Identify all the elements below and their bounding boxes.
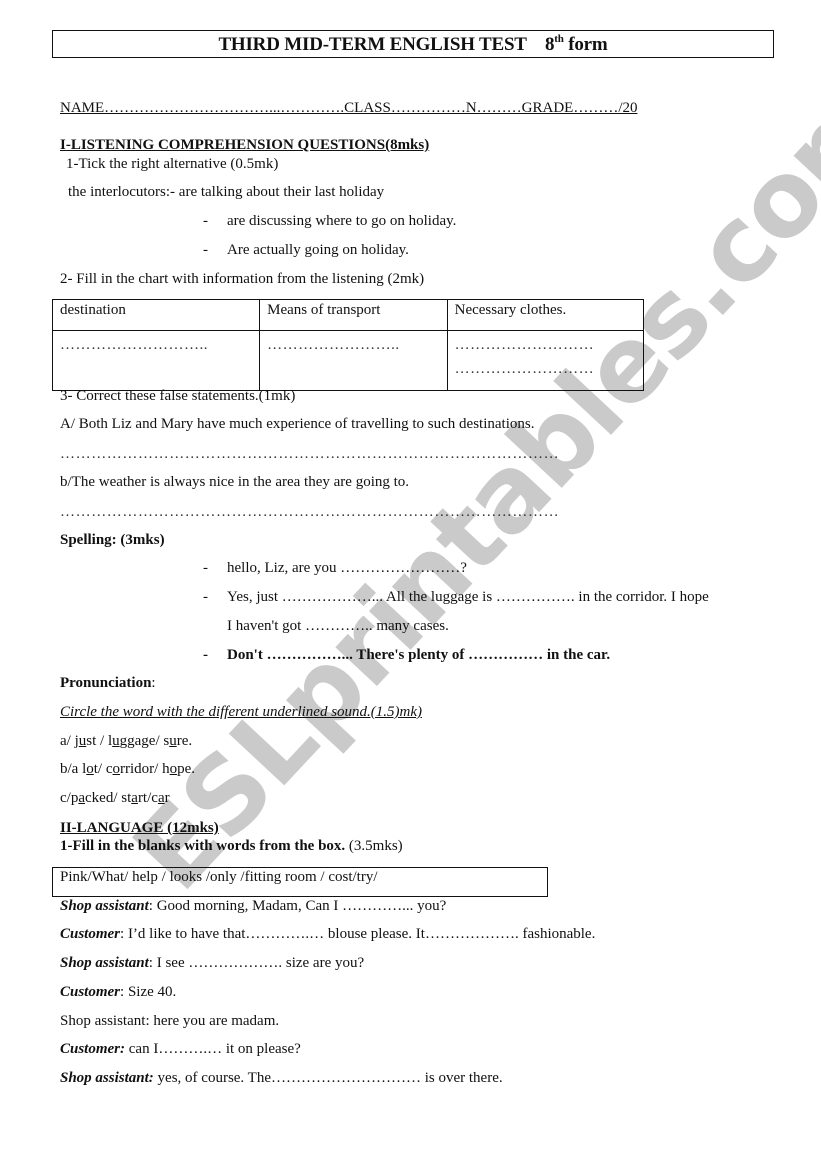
spelling-line-1: hello, Liz, are you ……………………?	[227, 561, 467, 576]
dialogue-text: I see ………………. size are you?	[157, 955, 364, 971]
dialogue-line: Shop assistant: Good morning, Madam, Can…	[60, 899, 446, 914]
spelling-line-4: Don't ……………... There's plenty of …………… i…	[227, 648, 610, 663]
q1-dash-2: -	[203, 243, 208, 258]
q3-answer-line-a[interactable]: ……………………………………………………………………………………	[60, 447, 559, 462]
dialogue-line: Customer: can I……….… it on please?	[60, 1042, 301, 1057]
pronunciation-word[interactable]: luggage	[108, 733, 156, 749]
dialogue-line: Customer: I’d like to have that………….… bl…	[60, 927, 595, 942]
pronunciation-word[interactable]: lot	[82, 761, 98, 777]
q1-option-2: Are actually going on holiday.	[227, 243, 409, 258]
dialogue-speaker: Shop assistant:	[60, 1070, 154, 1086]
page-title: THIRD MID-TERM ENGLISH TEST 8th form	[52, 30, 774, 58]
spelling-heading: Spelling: (3mks)	[60, 533, 165, 548]
spelling-dash-2: -	[203, 590, 208, 605]
q2-instruction: 2- Fill in the chart with information fr…	[60, 272, 424, 287]
dialogue-text: I’d like to have that………….… blouse pleas…	[128, 926, 595, 942]
pronunciation-word[interactable]: car	[151, 790, 169, 806]
pronunciation-item-c: c/packed/ start/car	[60, 791, 170, 806]
dialogue-line: Shop assistant: yes, of course. The………………	[60, 1071, 503, 1086]
dialogue-line: Shop assistant: I see ………………. size are y…	[60, 956, 364, 971]
spelling-line-3: I haven't got ………….. many cases.	[227, 619, 449, 634]
section-heading-listening: I-LISTENING COMPREHENSION QUESTIONS(8mks…	[60, 138, 429, 153]
student-info-line: NAME……………………………...………….CLASS……………N………GRA…	[60, 101, 638, 116]
fill-blanks-instruction: 1-Fill in the blanks with words from the…	[60, 839, 403, 854]
q3-statement-b: b/The weather is always nice in the area…	[60, 475, 409, 490]
dialogue-speaker: Customer	[60, 984, 120, 1000]
dialogue-text: here you are madam.	[153, 1013, 279, 1029]
word-box: Pink/What/ help / looks /only /fitting r…	[52, 867, 548, 897]
q1-instruction: 1-Tick the right alternative (0.5mk)	[66, 157, 278, 172]
q1-option-1: are discussing where to go on holiday.	[227, 214, 456, 229]
chart-cell-destination[interactable]: ………………………..	[53, 331, 260, 391]
dialogue-line: Shop assistant: here you are madam.	[60, 1014, 279, 1029]
pronunciation-word[interactable]: just	[75, 733, 97, 749]
dialogue-text: can I……….… it on please?	[129, 1041, 301, 1057]
pronunciation-instruction: Circle the word with the different under…	[60, 705, 422, 720]
dialogue-speaker: Shop assistant	[60, 955, 149, 971]
q1-stem: the interlocutors:- are talking about th…	[68, 185, 384, 200]
q3-answer-line-b[interactable]: ……………………………………………………………………………………	[60, 505, 559, 520]
pronunciation-word[interactable]: sure.	[163, 733, 192, 749]
q3-instruction: 3- Correct these false statements.(1mk)	[60, 389, 295, 404]
pronunciation-word[interactable]: start	[121, 790, 147, 806]
dialogue-text: yes, of course. The………………………… is over th…	[158, 1070, 503, 1086]
pronunciation-item-a: a/ just / luggage/ sure.	[60, 734, 192, 749]
q1-dash-1: -	[203, 214, 208, 229]
title-text: THIRD MID-TERM ENGLISH TEST	[218, 34, 526, 55]
listening-chart-table: destination Means of transport Necessary…	[52, 299, 644, 391]
dialogue-speaker: Shop assistant	[60, 1013, 145, 1029]
chart-cell-clothes[interactable]: ………………………………………………	[447, 331, 643, 391]
dialogue-speaker: Shop assistant	[60, 898, 149, 914]
worksheet-page: THIRD MID-TERM ENGLISH TEST 8th form NAM…	[0, 0, 821, 1169]
pronunciation-word[interactable]: corridor	[106, 761, 154, 777]
grade-level: 8th form	[545, 34, 608, 55]
q3-statement-a: A/ Both Liz and Mary have much experienc…	[60, 417, 534, 432]
dialogue-line: Customer: Size 40.	[60, 985, 176, 1000]
dialogue-text: Good morning, Madam, Can I …………... you?	[157, 898, 447, 914]
chart-header-transport: Means of transport	[260, 300, 447, 331]
pronunciation-word[interactable]: hope.	[162, 761, 195, 777]
chart-header-clothes: Necessary clothes.	[447, 300, 643, 331]
section-heading-language: II-LANGUAGE (12mks)	[60, 821, 219, 836]
pronunciation-word[interactable]: packed	[71, 790, 114, 806]
dialogue-speaker: Customer:	[60, 1041, 125, 1057]
pronunciation-heading: Pronunciation:	[60, 676, 156, 691]
spelling-dash-1: -	[203, 561, 208, 576]
spelling-line-2: Yes, just ………………... All the luggage is ……	[227, 590, 709, 605]
dialogue-speaker: Customer	[60, 926, 120, 942]
pronunciation-item-b: b/a lot/ corridor/ hope.	[60, 762, 195, 777]
chart-cell-transport[interactable]: ……………………..	[260, 331, 447, 391]
chart-header-destination: destination	[53, 300, 260, 331]
dialogue-text: Size 40.	[128, 984, 176, 1000]
spelling-dash-3: -	[203, 648, 208, 663]
